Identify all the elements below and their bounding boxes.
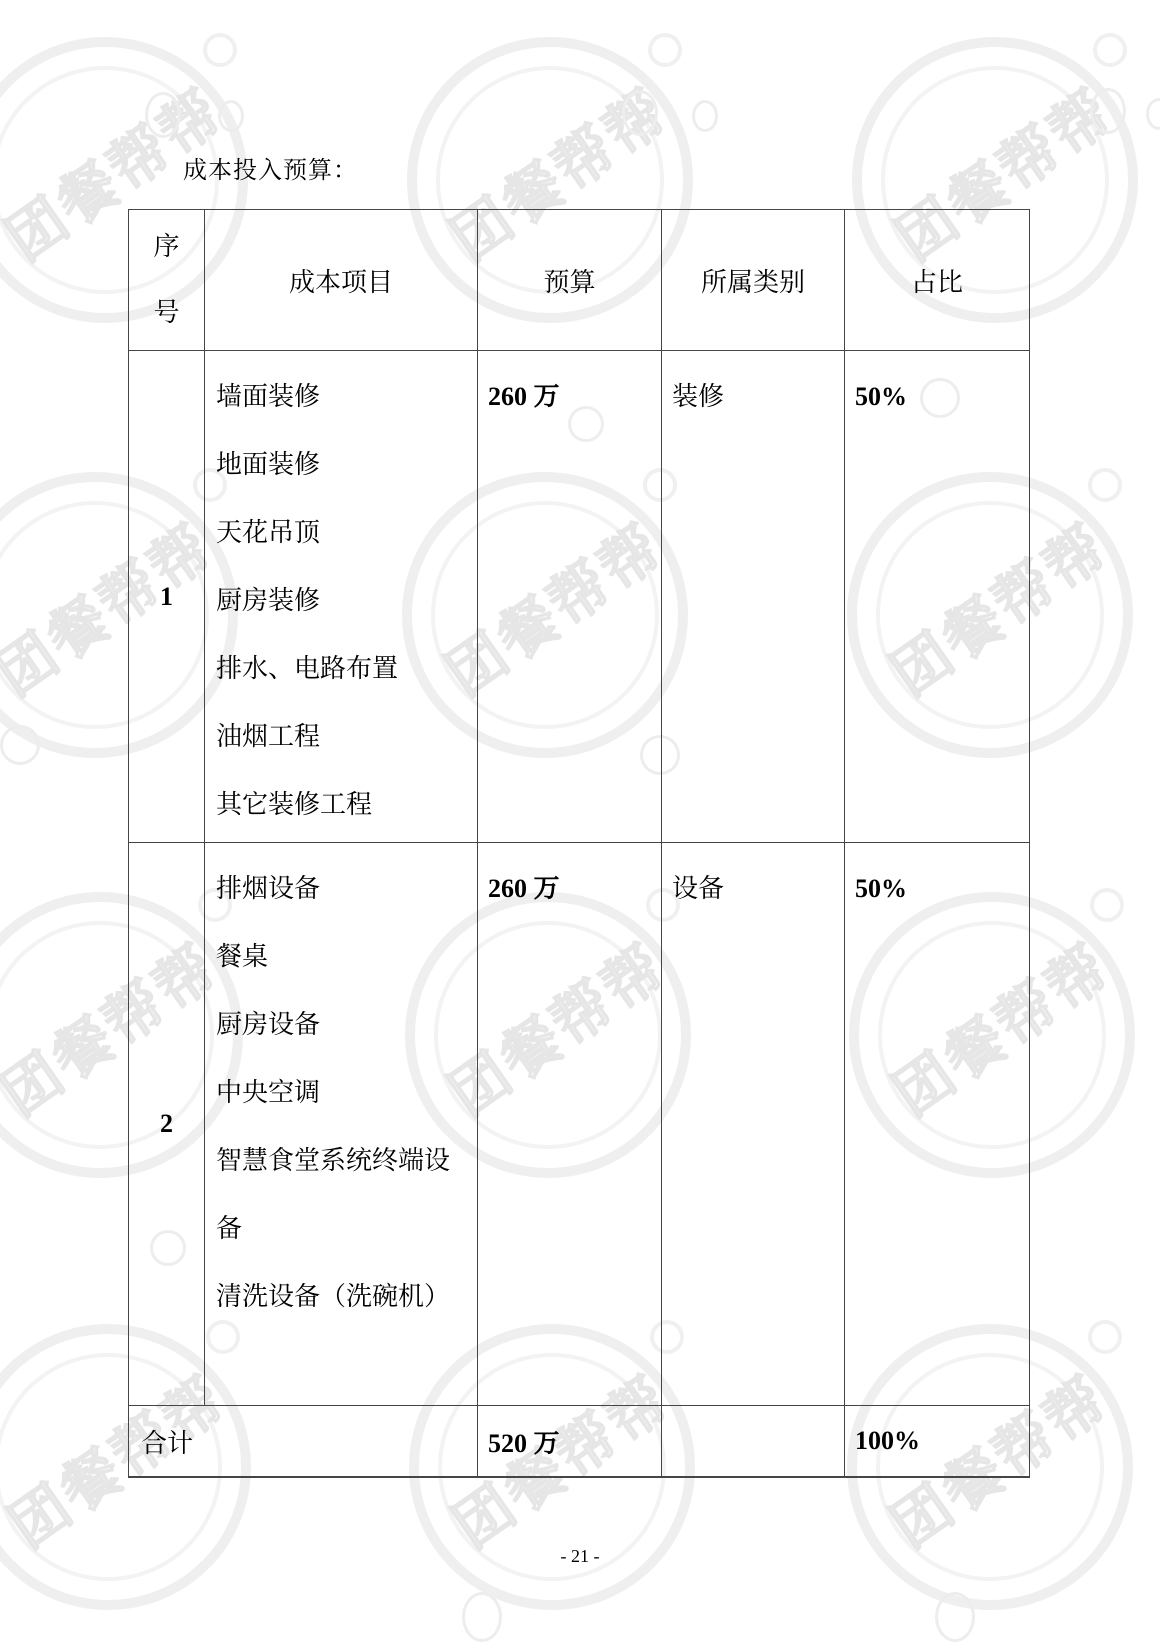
row2-category: 设备 [662, 843, 845, 1406]
document-page: 团餐帮帮 团餐帮帮 团餐帮帮 团餐帮帮 团餐帮帮 团餐帮帮 团餐帮帮 团餐帮帮 … [0, 0, 1160, 1642]
page-title: 成本投入预算： [183, 150, 358, 185]
cost-item: 墙面装修 [216, 363, 465, 431]
total-share: 100% [845, 1406, 1030, 1477]
page-number: - 21 - [0, 1546, 1160, 1567]
ring-ornament [218, 100, 244, 132]
row2-cost-items: 排烟设备 餐桌 厨房设备 中央空调 智慧食堂系统终端设备 清洗设备（洗碗机） [205, 843, 478, 1406]
ring-ornament [935, 1592, 975, 1642]
header-cell-index: 序 号 [129, 210, 205, 351]
ring-ornament [462, 1592, 502, 1642]
watermark-small-ring [205, 35, 235, 65]
watermark-small-ring [650, 35, 680, 65]
cost-item: 厨房装修 [216, 567, 465, 635]
row1-category: 装修 [662, 351, 845, 843]
row1-index: 1 [129, 351, 205, 843]
ring-ornament [145, 92, 181, 138]
row1-share: 50% [845, 351, 1030, 843]
cost-item: 排烟设备 [216, 855, 465, 923]
header-cell-category: 所属类别 [662, 210, 845, 351]
budget-table: 序 号 成本项目 预算 所属类别 占比 1 墙面装修 地面装修 天花吊顶 厨房装… [128, 209, 1030, 1478]
row2-share: 50% [845, 843, 1030, 1406]
watermark-small-ring [1090, 1322, 1120, 1352]
ring-ornament [0, 725, 40, 765]
cost-item: 餐桌 [216, 923, 465, 991]
row1-cost-items: 墙面装修 地面装修 天花吊顶 厨房装修 排水、电路布置 油烟工程 其它装修工程 [205, 351, 478, 843]
watermark-small-ring [1092, 890, 1122, 920]
row2-index: 2 [129, 843, 205, 1406]
header-index-line2: 号 [153, 280, 179, 346]
header-cell-cost-item: 成本项目 [205, 210, 478, 351]
row2-budget: 260 万 [478, 843, 662, 1406]
ring-ornament [692, 100, 718, 132]
watermark-small-ring [1095, 35, 1125, 65]
ring-ornament [1090, 88, 1126, 134]
row1-budget: 260 万 [478, 351, 662, 843]
total-label: 合计 [129, 1406, 478, 1477]
ring-ornament [1146, 98, 1160, 130]
cost-item: 厨房设备 [216, 991, 465, 1059]
header-index-line1: 序 [153, 214, 179, 280]
total-category [662, 1406, 845, 1477]
header-cell-share: 占比 [845, 210, 1030, 351]
cost-item: 中央空调 [216, 1059, 465, 1127]
header-cell-budget: 预算 [478, 210, 662, 351]
cost-item: 天花吊顶 [216, 499, 465, 567]
cost-item: 排水、电路布置 [216, 635, 465, 703]
cost-item: 地面装修 [216, 431, 465, 499]
cost-item: 清洗设备（洗碗机） [216, 1263, 465, 1331]
watermark-small-ring [1090, 470, 1120, 500]
ring-ornament [622, 90, 658, 136]
cost-item: 油烟工程 [216, 703, 465, 771]
cost-item: 智慧食堂系统终端设备 [216, 1127, 465, 1263]
total-budget: 520 万 [478, 1406, 662, 1477]
cost-item: 其它装修工程 [216, 771, 465, 839]
